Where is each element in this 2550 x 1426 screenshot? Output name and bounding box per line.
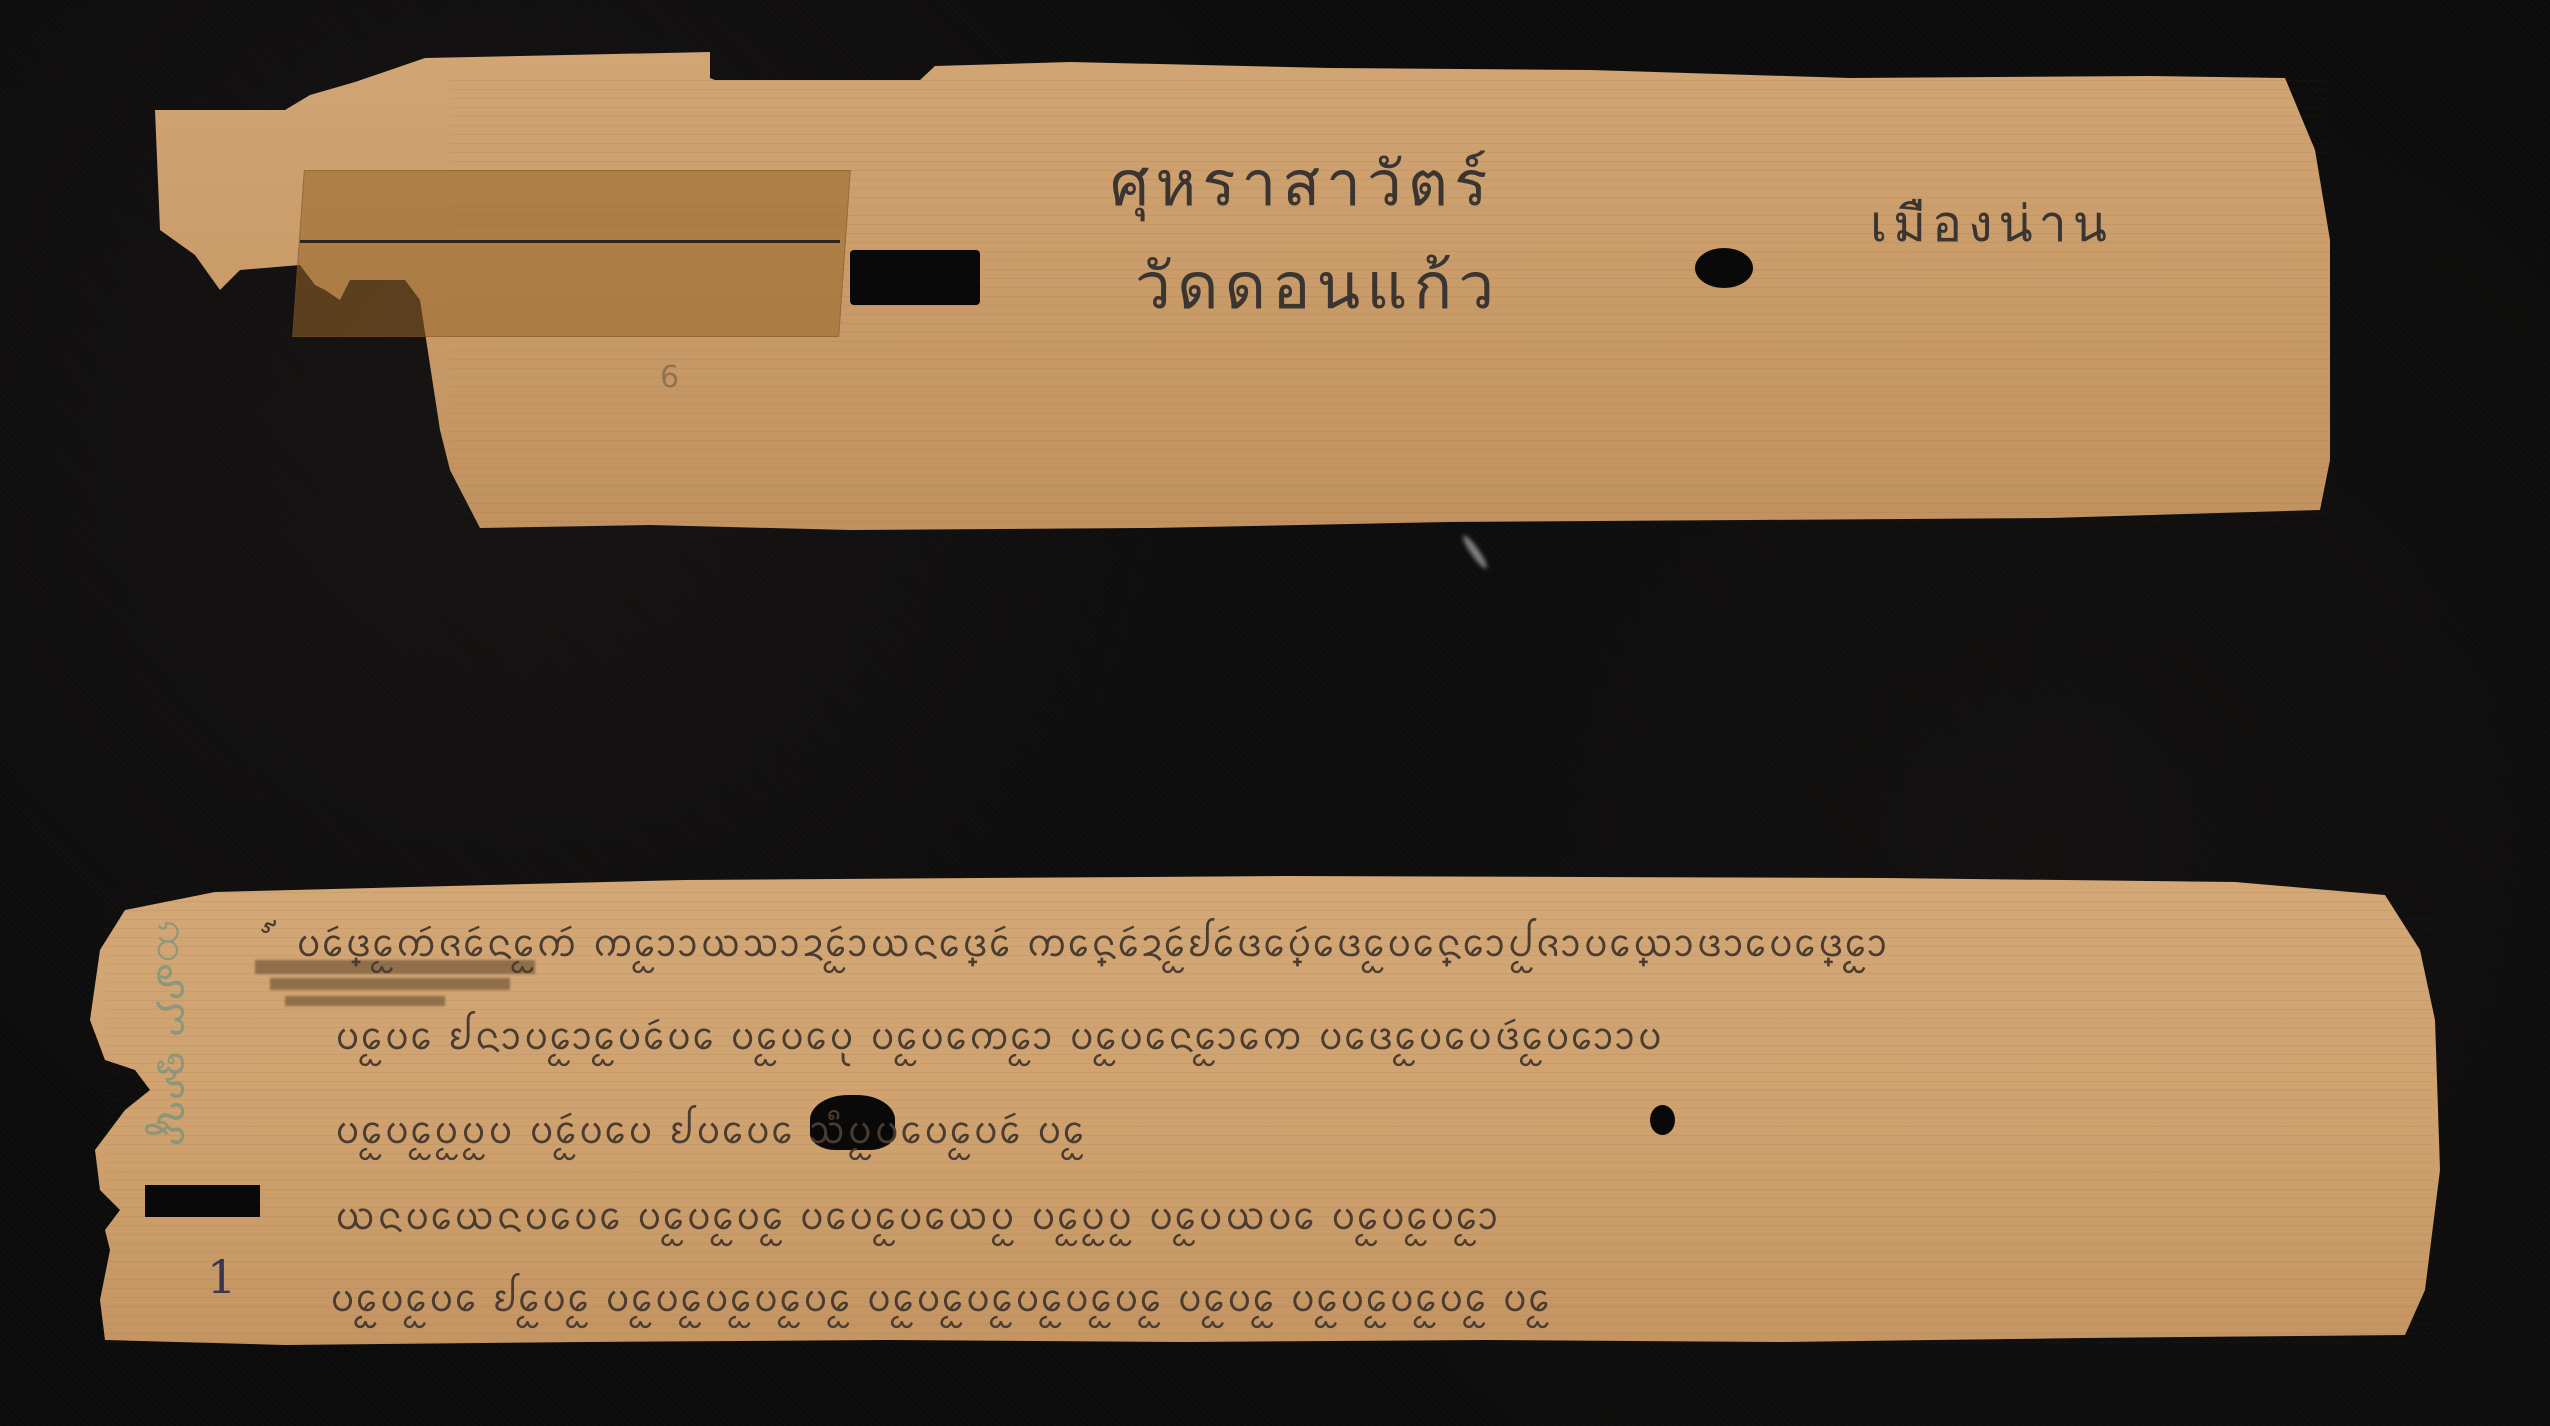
manuscript-line-4: ᨿᨶᨷᩮᨿᨶᨷᩮᨷᩮ ᨷᩮᩬᨷᩮᩬᨷᩮᩬ ᨷᩮᨷᩮᩬᨷᩮᨿᨷᩬ ᨷᩮᩬᨷᩬᩬᨷᩬ… [335, 1188, 1501, 1258]
string-hole-right [1695, 248, 1753, 288]
manuscript-line-5: ᨷᩮᩬᩬᨷᩮᩬᨷᩮ ᩀᩮᩬᨷᩮᩬ ᨷᩮᩬᨷᩮᩬᨷᩮᩬᨷᩮᩬᨷᩮᩬ ᨷᩮᩬᨷᩮᩬᨷ… [330, 1270, 1552, 1340]
page-number: 1 [207, 1250, 236, 1304]
manuscript-line-1: ᩼ ᨷᩮᩢ᩠ᨴᩮᩬᨠᩢᨩᩮᩢᨶᩮᩬᨠᩢ ᨠᩮᩬᩣᩣᨿᩈᩣᨯᩮᩬᩢᩣᨿᨶᩮ᩠ᨴᩮᩢ… [280, 915, 1890, 985]
string-hole-left [850, 250, 980, 305]
manuscript-line-2: ᨷᩮᩬᨷᩮ ᩀᨶᩣᨷᩮᩬᩣᩮᩬᨷᩮᩢᨷᩮ ᨷᩮᩬᨷᩮᨷᩩ ᨷᩮᩬᨷᩮᨠᩮᩬᩣ ᨷ… [335, 1008, 1664, 1078]
bottom-palm-leaf: ꩡꨣꨆ ꨀꨥ 1 ᩼ ᨷᩮᩢ᩠ᨴᩮᩬᨠᩢᨩᩮᩢᨶᩮᩬᨠᩢ ᨠᩮᩬᩣᩣᨿᩈᩣᨯᩮᩬ… [85, 870, 2465, 1370]
ink-smudge [285, 996, 445, 1006]
top-palm-leaf: ศุหราสาวัตร์ วัดดอนแก้ว เมืองน่าน 6 [150, 40, 2340, 540]
leaf-crack [300, 240, 840, 243]
conservation-tape [292, 170, 851, 337]
edge-notch [145, 1185, 260, 1217]
faint-leaf-number: 6 [660, 360, 685, 395]
label-title-line-1: ศุหราสาวัตร์ [1110, 135, 1493, 233]
label-title-line-2: วัดดอนแก้ว [1135, 235, 1500, 337]
owner-stamp: ꩡꨣꨆ ꨀꨥ [145, 920, 199, 1180]
label-location: เมืองน่าน [1870, 185, 2113, 264]
string-hole-right [1650, 1105, 1675, 1135]
manuscript-line-3: ᨷᩮᩬᨷᩮᩬᨷᩬᨷᩬᨷ ᨷᩮᩢᩬᨷᩮᨷ ᩀᨷᩮᨷᩮ ᩈᩥᨷᩬᨷᩮᨷᩮᩬᨷᩮᩢ ᨷ… [335, 1102, 1086, 1172]
